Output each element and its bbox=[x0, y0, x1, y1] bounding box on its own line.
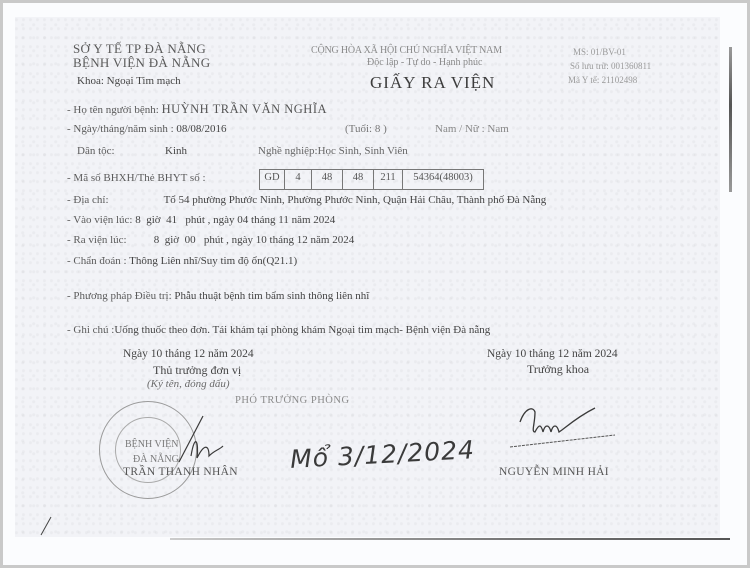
patient-name-row: - Họ tên người bệnh: HUỲNH TRẦN VĂN NGHĨ… bbox=[67, 102, 327, 117]
paper-edge-shadow bbox=[170, 538, 730, 540]
left-signer-name: TRẦN THANH NHÂN bbox=[123, 466, 238, 478]
left-signature-role: Thủ trưởng đơn vị bbox=[153, 363, 241, 378]
insurance-part: 4 bbox=[285, 170, 312, 189]
address-value: Tổ 54 phường Phước Ninh, Phường Phước Ni… bbox=[164, 194, 547, 206]
right-signature-scribble bbox=[505, 402, 625, 452]
right-signature-role: Trưởng khoa bbox=[527, 362, 589, 377]
motto: Độc lập - Tự do - Hạnh phúc bbox=[367, 57, 482, 68]
gender: Nam / Nữ : Nam bbox=[435, 123, 509, 135]
left-signature-date: Ngày 10 tháng 12 năm 2024 bbox=[123, 348, 254, 360]
insurance-part: 211 bbox=[374, 170, 403, 189]
nation-heading: CỘNG HÒA XÃ HỘI CHỦ NGHĨA VIỆT NAM bbox=[311, 45, 502, 56]
ethnicity-value: Kinh bbox=[165, 145, 187, 157]
patient-name-label: - Họ tên người bệnh: bbox=[67, 104, 159, 116]
department-value: Ngoại Tim mạch bbox=[107, 75, 181, 87]
discharge-value: 8 giờ 00 phút , ngày 10 tháng 12 năm 202… bbox=[154, 234, 354, 246]
treatment-row: - Phương pháp Điều trị: Phẫu thuật bệnh … bbox=[67, 290, 369, 302]
dob-label: - Ngày/tháng/năm sinh : bbox=[67, 123, 174, 135]
admission-value: 8 giờ 41 phút , ngày 04 tháng 11 năm 202… bbox=[135, 214, 335, 226]
diagnosis-value: Thông Liên nhĩ/Suy tim độ ổn(Q21.1) bbox=[129, 255, 297, 267]
hospital-name: BỆNH VIỆN ĐÀ NẴNG bbox=[73, 55, 210, 71]
insurance-part: 54364(48003) bbox=[403, 170, 483, 189]
occupation: Nghề nghiệp:Học Sinh, Sinh Viên bbox=[258, 145, 408, 157]
diagnosis-label: - Chẩn đoán : bbox=[67, 255, 127, 267]
dob-row: - Ngày/tháng/năm sinh : 08/08/2016 bbox=[67, 123, 227, 135]
admission-label: - Vào viện lúc: bbox=[67, 214, 132, 226]
discharge-paper: SỞ Y TẾ TP ĐÀ NẴNG BỆNH VIỆN ĐÀ NẴNG Kho… bbox=[15, 17, 720, 537]
form-code: MS: 01/BV-01 bbox=[573, 47, 626, 57]
diagnosis-row: - Chẩn đoán : Thông Liên nhĩ/Suy tim độ … bbox=[67, 255, 297, 267]
occupation-value: Học Sinh, Sinh Viên bbox=[318, 145, 408, 157]
note-value: Uống thuốc theo đơn. Tái khám tại phòng … bbox=[114, 324, 490, 336]
note-row: - Ghi chú :Uống thuốc theo đơn. Tái khám… bbox=[67, 324, 490, 336]
paper-edge-shadow bbox=[729, 47, 732, 192]
occupation-label: Nghề nghiệp: bbox=[258, 145, 318, 157]
left-signature-note: (Ký tên, đóng dấu) bbox=[147, 378, 229, 390]
discharge-row: - Ra viện lúc: 8 giờ 00 phút , ngày 10 t… bbox=[67, 234, 354, 246]
insurance-row: - Mã số BHXH/Thẻ BHYT số : bbox=[67, 172, 206, 184]
ethnicity-row: Dân tộc: bbox=[77, 145, 115, 157]
document-title: GIẤY RA VIỆN bbox=[370, 73, 495, 93]
discharge-label: - Ra viện lúc: bbox=[67, 234, 151, 246]
right-signer-name: NGUYỄN MINH HẢI bbox=[499, 466, 609, 478]
left-signature-scribble bbox=[165, 412, 245, 472]
age: (Tuổi: 8 ) bbox=[345, 123, 387, 135]
admission-row: - Vào viện lúc: 8 giờ 41 phút , ngày 04 … bbox=[67, 214, 335, 226]
insurance-part: 48 bbox=[312, 170, 343, 189]
medical-record-number: Mã Y tế: 21102498 bbox=[568, 75, 637, 85]
department: Khoa: Ngoại Tim mạch bbox=[77, 75, 181, 87]
storage-number: Số lưu trữ: 001360811 bbox=[570, 61, 651, 71]
dob-value: 08/08/2016 bbox=[176, 123, 226, 135]
department-label: Khoa: bbox=[77, 75, 104, 87]
ethnicity-label: Dân tộc: bbox=[77, 145, 115, 157]
address-label: - Địa chỉ: bbox=[67, 194, 161, 206]
insurance-number-boxes: GD 4 48 48 211 54364(48003) bbox=[259, 169, 484, 190]
address-row: - Địa chỉ: Tổ 54 phường Phước Ninh, Phườ… bbox=[67, 194, 546, 206]
treatment-value: Phẫu thuật bệnh tim bẩm sinh thông liên … bbox=[174, 290, 369, 302]
scan-frame: SỞ Y TẾ TP ĐÀ NẴNG BỆNH VIỆN ĐÀ NẴNG Kho… bbox=[3, 3, 747, 565]
treatment-label: - Phương pháp Điều trị: bbox=[67, 290, 172, 302]
insurance-part: 48 bbox=[343, 170, 374, 189]
insurance-label: - Mã số BHXH/Thẻ BHYT số : bbox=[67, 172, 206, 184]
scan-mark bbox=[37, 515, 57, 539]
deputy-title: PHÓ TRƯỞNG PHÒNG bbox=[235, 395, 350, 406]
patient-name-value: HUỲNH TRẦN VĂN NGHĨA bbox=[162, 102, 327, 116]
note-label: - Ghi chú : bbox=[67, 324, 114, 336]
right-signature-date: Ngày 10 tháng 12 năm 2024 bbox=[487, 348, 618, 360]
insurance-part: GD bbox=[260, 170, 285, 189]
handwritten-note: Mổ 3/12/2024 bbox=[289, 435, 475, 474]
